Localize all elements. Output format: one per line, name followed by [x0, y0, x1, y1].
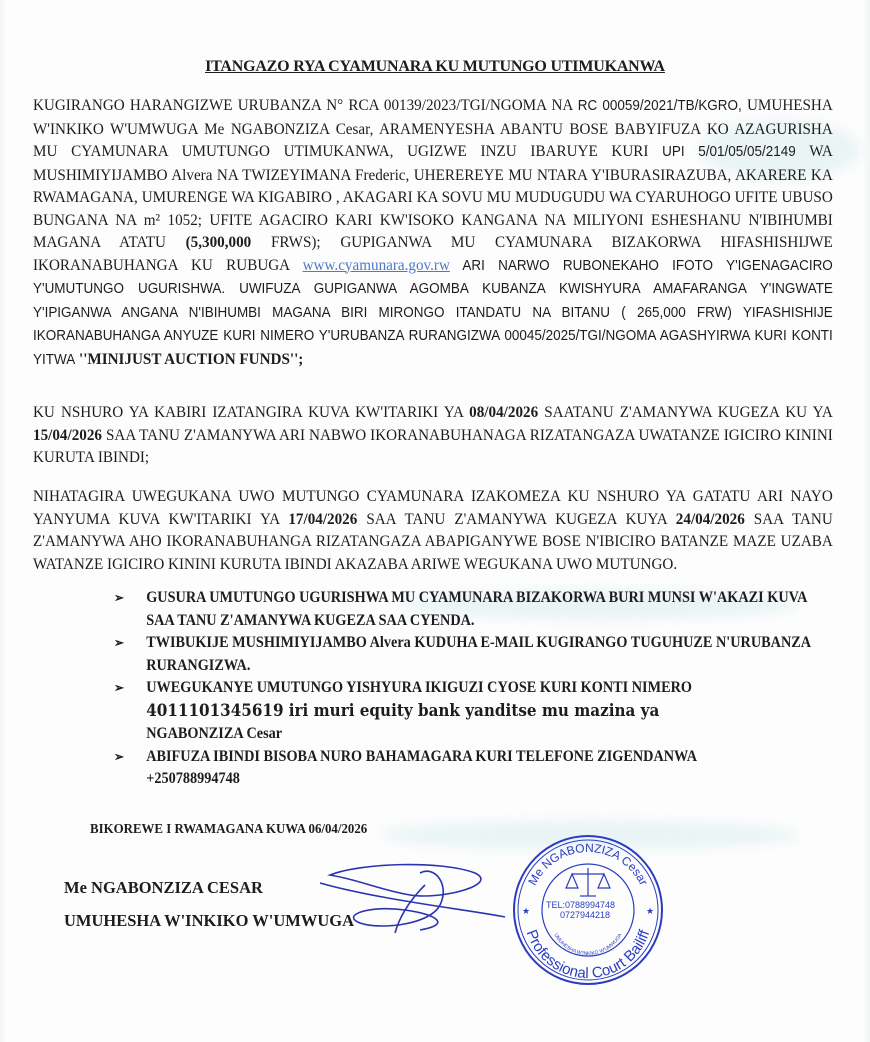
signatory-name: Me NGABONZIZA CESAR [64, 878, 263, 898]
start-date: 08/04/2026 [469, 402, 538, 421]
bullet-text: TWIBUKIJE MUSHIMIYIJAMBO Alvera KUDUHA E… [146, 634, 810, 674]
svg-text:★: ★ [522, 906, 530, 916]
text: KU NSHURO YA KABIRI IZATANGIRA KUVA KW'I… [33, 402, 469, 421]
list-item: ➢ ABIFUZA IBINDI BISOBA NURO BAHAMAGARA … [114, 746, 832, 791]
auction-website-link[interactable]: www.cyamunara.gov.rw [303, 255, 450, 274]
upi-number: UPI 5/01/05/05/2149 [662, 144, 796, 160]
paragraph-third-round: NIHATAGIRA UWEGUKANA UWO MUTUNGO CYAMUNA… [33, 485, 833, 575]
svg-text:0727944218: 0727944218 [560, 910, 610, 920]
document-page: ITANGAZO RYA CYAMUNARA KU MUTUNGO UTIMUK… [0, 0, 870, 1042]
bullet-text: UWEGUKANYE UMUTUNGO YISHYURA IKIGUZI CYO… [146, 679, 692, 696]
account-holder: NGABONZIZA Cesar [146, 725, 282, 742]
text: SAATANU Z'AMANYWA KUGEZA KU YA [538, 402, 833, 421]
arrow-bullet-icon: ➢ [114, 677, 124, 700]
bullet-list: ➢ GUSURA UMUTUNGO UGURISHWA MU CYAMUNARA… [114, 587, 832, 791]
list-item: ➢ GUSURA UMUTUNGO UGURISHWA MU CYAMUNARA… [114, 587, 832, 632]
document-title: ITANGAZO RYA CYAMUNARA KU MUTUNGO UTIMUK… [0, 58, 870, 76]
paragraph-second-round: KU NSHURO YA KABIRI IZATANGIRA KUVA KW'I… [33, 401, 833, 469]
text: KUGIRANGO HARANGIZWE URUBANZA N° RCA 001… [33, 95, 578, 114]
arrow-bullet-icon: ➢ [114, 632, 124, 655]
text: SAA TANU Z'AMANYWA KUGEZA KUYA [357, 509, 675, 528]
case-reference: RC 00059/2021/TB/KGRO, [578, 98, 742, 114]
paragraph-auction-details: KUGIRANGO HARANGIZWE URUBANZA N° RCA 001… [33, 94, 833, 371]
arrow-bullet-icon: ➢ [114, 746, 124, 769]
official-stamp: Me NGABONZIZA Cesar Professional Court B… [508, 832, 668, 987]
text: SAA TANU Z'AMANYWA ARI NABWO IKORANABUHA… [33, 425, 833, 467]
property-value: (5,300,000 [186, 232, 252, 251]
svg-text:★: ★ [646, 906, 654, 916]
list-item: ➢ TWIBUKIJE MUSHIMIYIJAMBO Alvera KUDUHA… [114, 632, 832, 677]
svg-text:TEL:0788994748: TEL:0788994748 [546, 900, 615, 910]
list-item: ➢ UWEGUKANYE UMUTUNGO YISHYURA IKIGUZI C… [114, 677, 832, 746]
issue-date-line: BIKOREWE I RWAMAGANA KUWA 06/04/2026 [90, 822, 367, 838]
bullet-text: ABIFUZA IBINDI BISOBA NURO BAHAMAGARA KU… [146, 748, 697, 765]
start-date: 17/04/2026 [288, 509, 357, 528]
phone-number: +250788994748 [146, 770, 240, 787]
end-date: 24/04/2026 [676, 509, 745, 528]
arrow-bullet-icon: ➢ [114, 587, 124, 610]
bullet-text: GUSURA UMUTUNGO UGURISHWA MU CYAMUNARA B… [146, 589, 806, 629]
account-name: ''MINIJUST AUCTION FUNDS''; [75, 349, 303, 368]
end-date: 15/04/2026 [33, 425, 102, 444]
scales-of-justice-icon [566, 868, 610, 896]
svg-text:UMUHESHA W'INKIKO W'UMWUGA: UMUHESHA W'INKIKO W'UMWUGA [552, 932, 623, 957]
handwritten-signature [300, 855, 510, 945]
bank-account-line: 4011101345619 iri muri equity bank yandi… [146, 701, 659, 720]
